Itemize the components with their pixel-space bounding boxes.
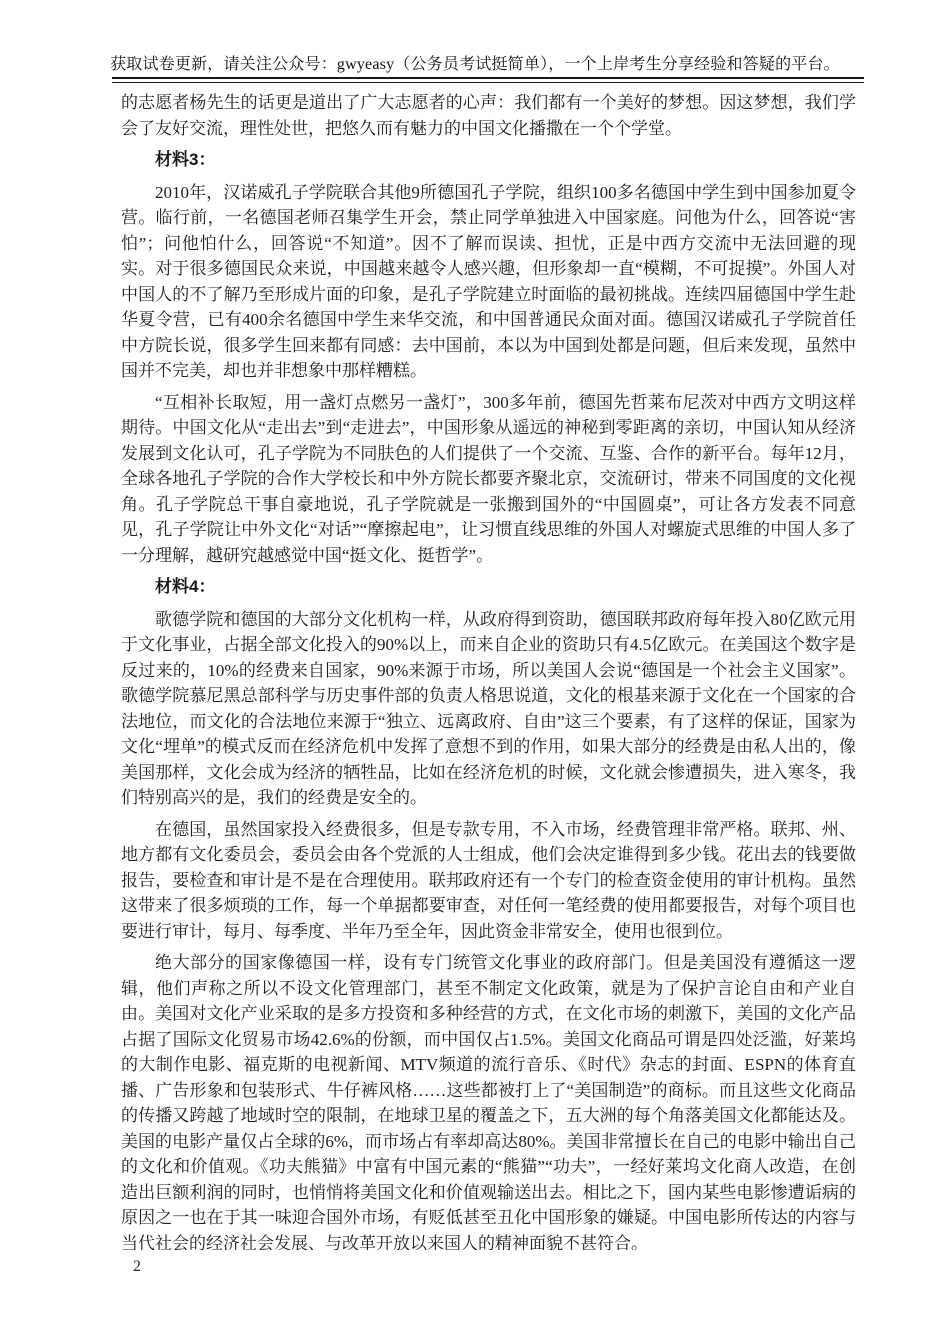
material-3-paragraph-1: 2010年，汉诺威孔子学院联合其他9所德国孔子学院，组织100多名德国中学生到中…	[121, 180, 856, 384]
material-3-heading: 材料3：	[121, 147, 856, 173]
document-body: 的志愿者杨先生的话更是道出了广大志愿者的心声：我们都有一个美好的梦想。因这梦想，…	[121, 90, 856, 1250]
header-notice: 获取试卷更新，请关注公众号：gwyeasy（公务员考试挺简单），一个上岸考生分享…	[0, 51, 950, 74]
material-3-paragraph-2: “互相补长取短，用一盏灯点燃另一盏灯”，300多年前，德国先哲莱布尼茨对中西方文…	[121, 390, 856, 569]
material-4-paragraph-3: 绝大部分的国家像德国一样，设有专门统管文化事业的政府部门。但是美国没有遵循这一逻…	[121, 950, 856, 1250]
header-divider	[112, 77, 864, 83]
material-4-paragraph-1: 歌德学院和德国的大部分文化机构一样，从政府得到资助，德国联邦政府每年投入80亿欧…	[121, 607, 856, 811]
document-page: 获取试卷更新，请关注公众号：gwyeasy（公务员考试挺简单），一个上岸考生分享…	[0, 0, 950, 1344]
material-4-paragraph-2: 在德国，虽然国家投入经费很多，但是专款专用，不入市场，经费管理非常严格。联邦、州…	[121, 817, 856, 945]
paragraph-continuation: 的志愿者杨先生的话更是道出了广大志愿者的心声：我们都有一个美好的梦想。因这梦想，…	[121, 90, 856, 141]
page-number: 2	[133, 1258, 141, 1276]
material-4-heading: 材料4：	[121, 574, 856, 600]
